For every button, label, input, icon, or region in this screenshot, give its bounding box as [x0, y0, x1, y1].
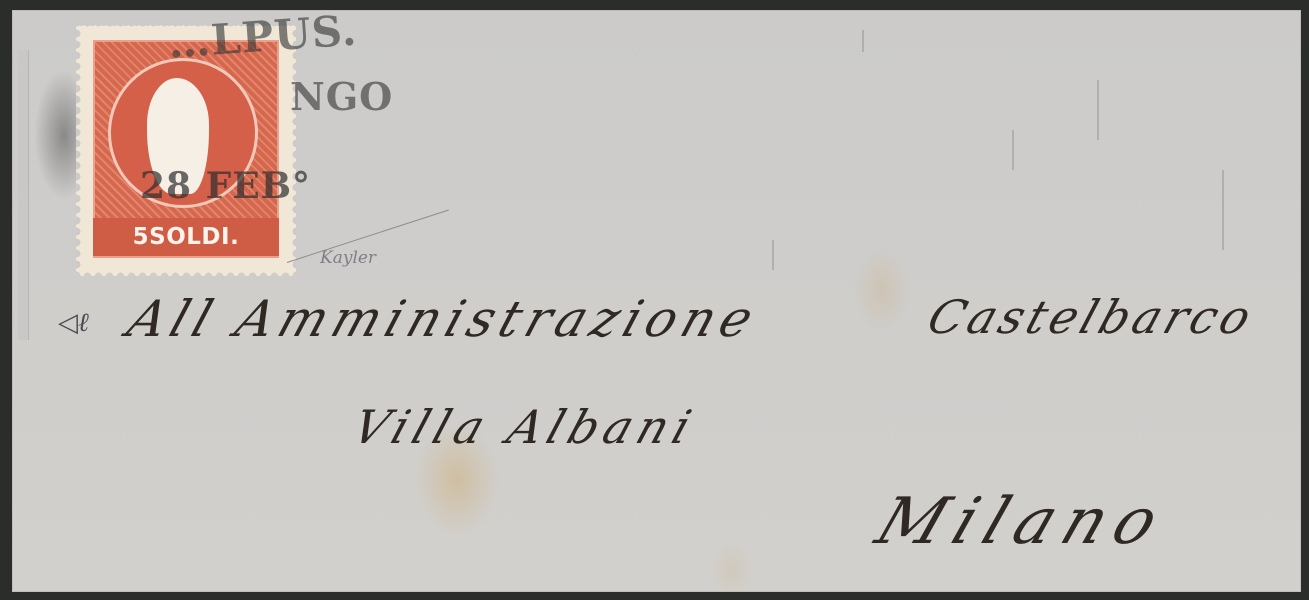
paper-blemish	[1222, 170, 1224, 250]
postmark-town-line2: NGO	[290, 74, 393, 119]
corner-pencil-mark: ◁ℓ	[58, 308, 89, 338]
address-line-1-name: Castelbarco	[921, 290, 1262, 344]
expert-signature: Kayler	[320, 248, 376, 268]
address-line-2: Villa Albani	[346, 400, 703, 454]
paper-blemish	[862, 30, 864, 52]
paper-blemish	[1012, 130, 1014, 170]
stamp-value-label: 5SOLDI.	[93, 218, 279, 256]
address-city: Milano	[867, 485, 1178, 559]
paper-blemish	[772, 240, 774, 270]
folded-edge	[18, 50, 29, 340]
postmark-date: 28 FEB°	[140, 165, 311, 207]
paper-blemish	[1097, 80, 1099, 140]
address-line-1: All Amministrazione	[121, 290, 767, 348]
